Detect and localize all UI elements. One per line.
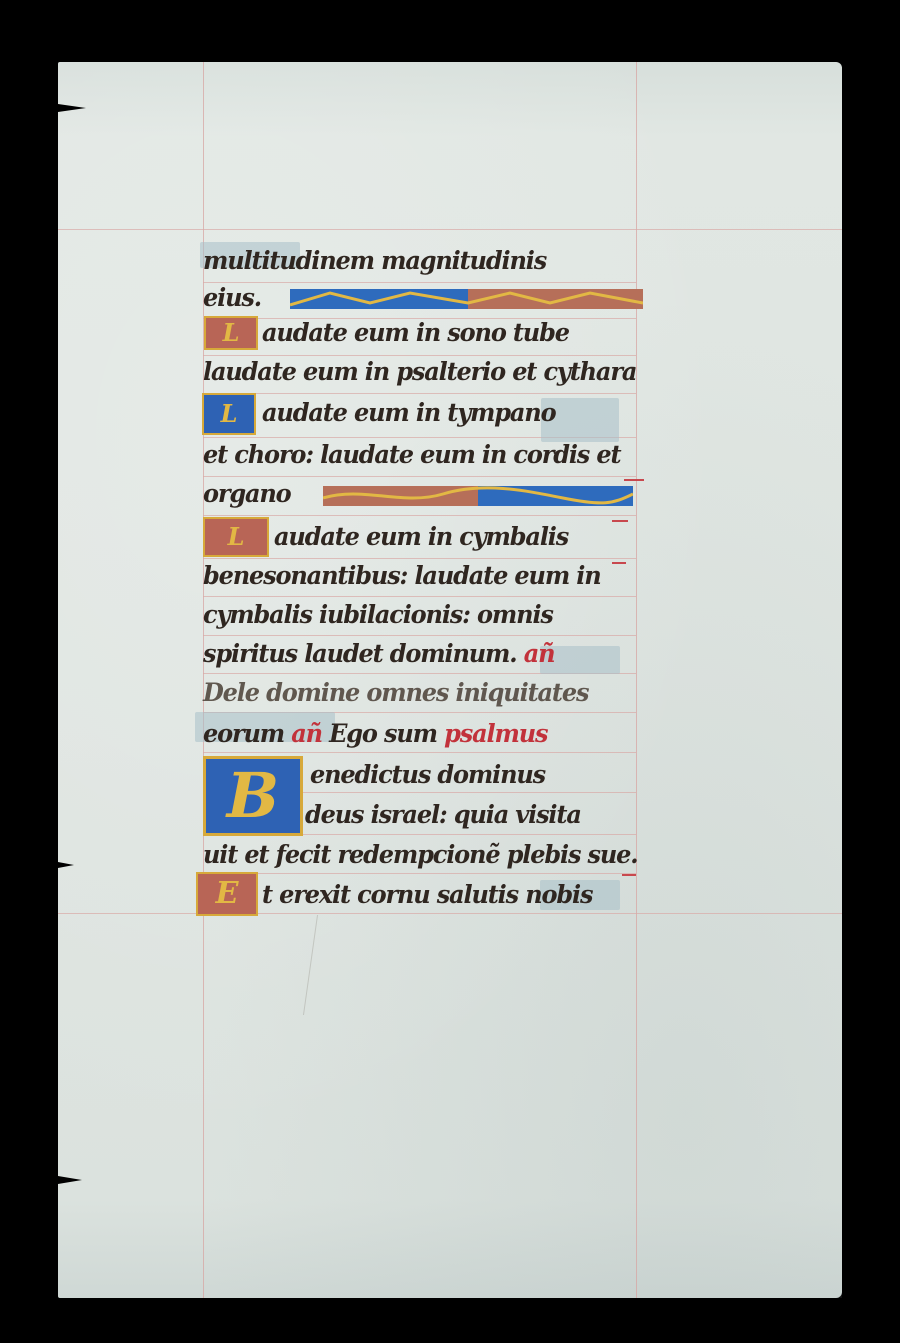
text-line-1: multitudinem magnitudinis: [203, 244, 546, 278]
initial-B-blue: B: [203, 756, 303, 836]
text-line-5: audate eum in tympano: [262, 396, 555, 430]
initial-L-blue: L: [202, 393, 256, 435]
rubric-stroke-1: [624, 479, 644, 481]
line-filler-1: [290, 289, 643, 309]
ruling-top: [58, 229, 842, 230]
text-line-13-incipit: Ego sum: [329, 719, 437, 748]
text-line-10: cymbalis iubilacionis: omnis: [203, 598, 553, 632]
ruling-bottom: [58, 913, 842, 914]
text-line-17: t erexit cornu salutis nobis: [262, 878, 592, 912]
rubric-antiphon-1: añ: [524, 639, 555, 668]
rubric-stroke-3: [612, 562, 626, 564]
text-line-8: audate eum in cymbalis: [274, 520, 568, 554]
text-line-11: spiritus laudet dominum. añ: [203, 637, 554, 671]
text-line-3: audate eum in sono tube: [262, 316, 569, 350]
text-line-16: uit et fecit redempcionẽ plebis sue.: [203, 838, 637, 872]
initial-E-red: E: [196, 872, 258, 916]
text-line-7: organo: [203, 477, 291, 511]
text-line-6: et choro: laudate eum in cordis et: [203, 438, 620, 472]
rubric-psalmus: psalmus: [444, 719, 547, 748]
text-line-13-word: eorum: [203, 719, 284, 748]
text-line-11-main: spiritus laudet dominum.: [203, 639, 516, 668]
text-line-12: Dele domine omnes iniquitates: [203, 676, 588, 710]
text-line-9: benesonantibus: laudate eum in: [203, 559, 601, 593]
line-filler-2: [323, 486, 633, 506]
text-line-14: enedictus dominus: [310, 758, 545, 792]
text-line-13: eorum añ Ego sum psalmus: [203, 717, 547, 751]
text-line-15: deus israel: quia visita: [305, 798, 581, 832]
rubric-antiphon-2: añ: [291, 719, 322, 748]
initial-L-red-1: L: [204, 316, 258, 350]
rubric-stroke-2: [612, 520, 628, 522]
initial-L-red-2: L: [203, 517, 269, 557]
ruling-right: [636, 62, 637, 1298]
rubric-stroke-4: [622, 874, 636, 876]
text-line-4: laudate eum in psalterio et cythara: [203, 355, 636, 389]
text-line-2: eius.: [203, 281, 261, 315]
